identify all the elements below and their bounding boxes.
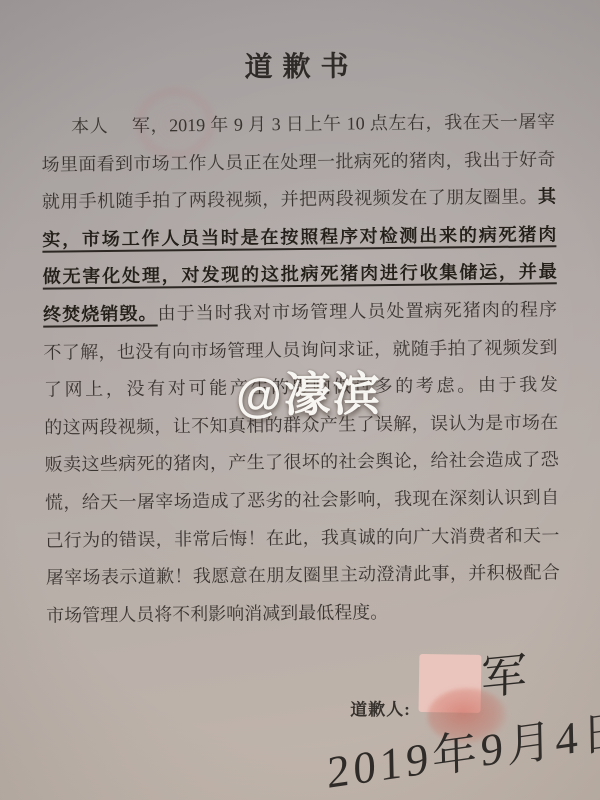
letter-text: 贩卖这些病死的猪肉，产生了很坏的社会舆论，给社会造成了恐 — [45, 450, 559, 475]
letter-emphasis-text: 终焚烧销毁。 — [43, 303, 158, 324]
letter-line: 做无害化处理，对发现的这批病死猪肉进行收集储运，并最 — [43, 254, 557, 297]
handwritten-signature: 军 — [481, 637, 527, 708]
letter-line: 市场管理人员将不利影响消减到最低程度。 — [46, 592, 560, 635]
weibo-watermark: @濠滨 — [236, 357, 383, 426]
letter-text: 己行为的错误，非常后悔！在此，我真诚的向广大消费者和天一 — [45, 525, 559, 550]
letter-text: 就用手机随手拍了两段视频，并把两段视频发在了朋友圈里。 — [42, 187, 538, 212]
letter-line: 贩卖这些病死的猪肉，产生了很坏的社会舆论，给社会造成了恐 — [44, 442, 558, 485]
letter-emphasis-text: 其 — [538, 186, 556, 206]
letter-text: 屠宰场表示道歉！我愿意在朋友圈里主动澄清此事，并积极配合 — [46, 562, 560, 587]
letter-line: 场里面看到市场工作人员正在处理一批病死的猪肉，我出于好奇 — [41, 141, 555, 184]
letter-text: 慌，给天一屠宰场造成了恶劣的社会影响，我现在深刻认识到自 — [45, 487, 559, 512]
letter-line: 实，市场工作人员当时是在按照程序对检测出来的病死猪肉 — [42, 216, 556, 259]
letter-text: 本人 军，2019 年 9 月 3 日上午 10 点左右，我在天一屠宰 — [71, 111, 555, 136]
letter-line: 就用手机随手拍了两段视频，并把两段视频发在了朋友圈里。其 — [42, 178, 556, 221]
apology-letter-photo: 道歉书 本人 军，2019 年 9 月 3 日上午 10 点左右，我在天一屠宰场… — [0, 0, 600, 800]
letter-text: 场里面看到市场工作人员正在处理一批病死的猪肉，我出于好奇 — [41, 149, 555, 174]
letter-line: 终焚烧销毁。由于当时我对市场管理人员处置病死猪肉的程序 — [43, 291, 557, 334]
letter-line: 屠宰场表示道歉！我愿意在朋友圈里主动澄清此事，并积极配合 — [46, 554, 560, 597]
letter-emphasis-text: 实，市场工作人员当时是在按照程序对检测出来的病死猪肉 — [42, 224, 556, 249]
letter-text: 市场管理人员将不利影响消减到最低程度。 — [46, 602, 388, 626]
letter-line: 本人 军，2019 年 9 月 3 日上午 10 点左右，我在天一屠宰 — [41, 103, 555, 146]
letter-line: 慌，给天一屠宰场造成了恶劣的社会影响，我现在深刻认识到自 — [45, 479, 559, 522]
letter-emphasis-text: 做无害化处理，对发现的这批病死猪肉进行收集储运，并最 — [43, 262, 557, 287]
signer-label: 道歉人: — [350, 695, 411, 721]
letter-text: 由于当时我对市场管理人员处置病死猪肉的程序 — [157, 299, 557, 323]
letter-line: 己行为的错误，非常后悔！在此，我真诚的向广大消费者和天一 — [45, 517, 559, 560]
letter-title: 道歉书 — [0, 47, 597, 89]
